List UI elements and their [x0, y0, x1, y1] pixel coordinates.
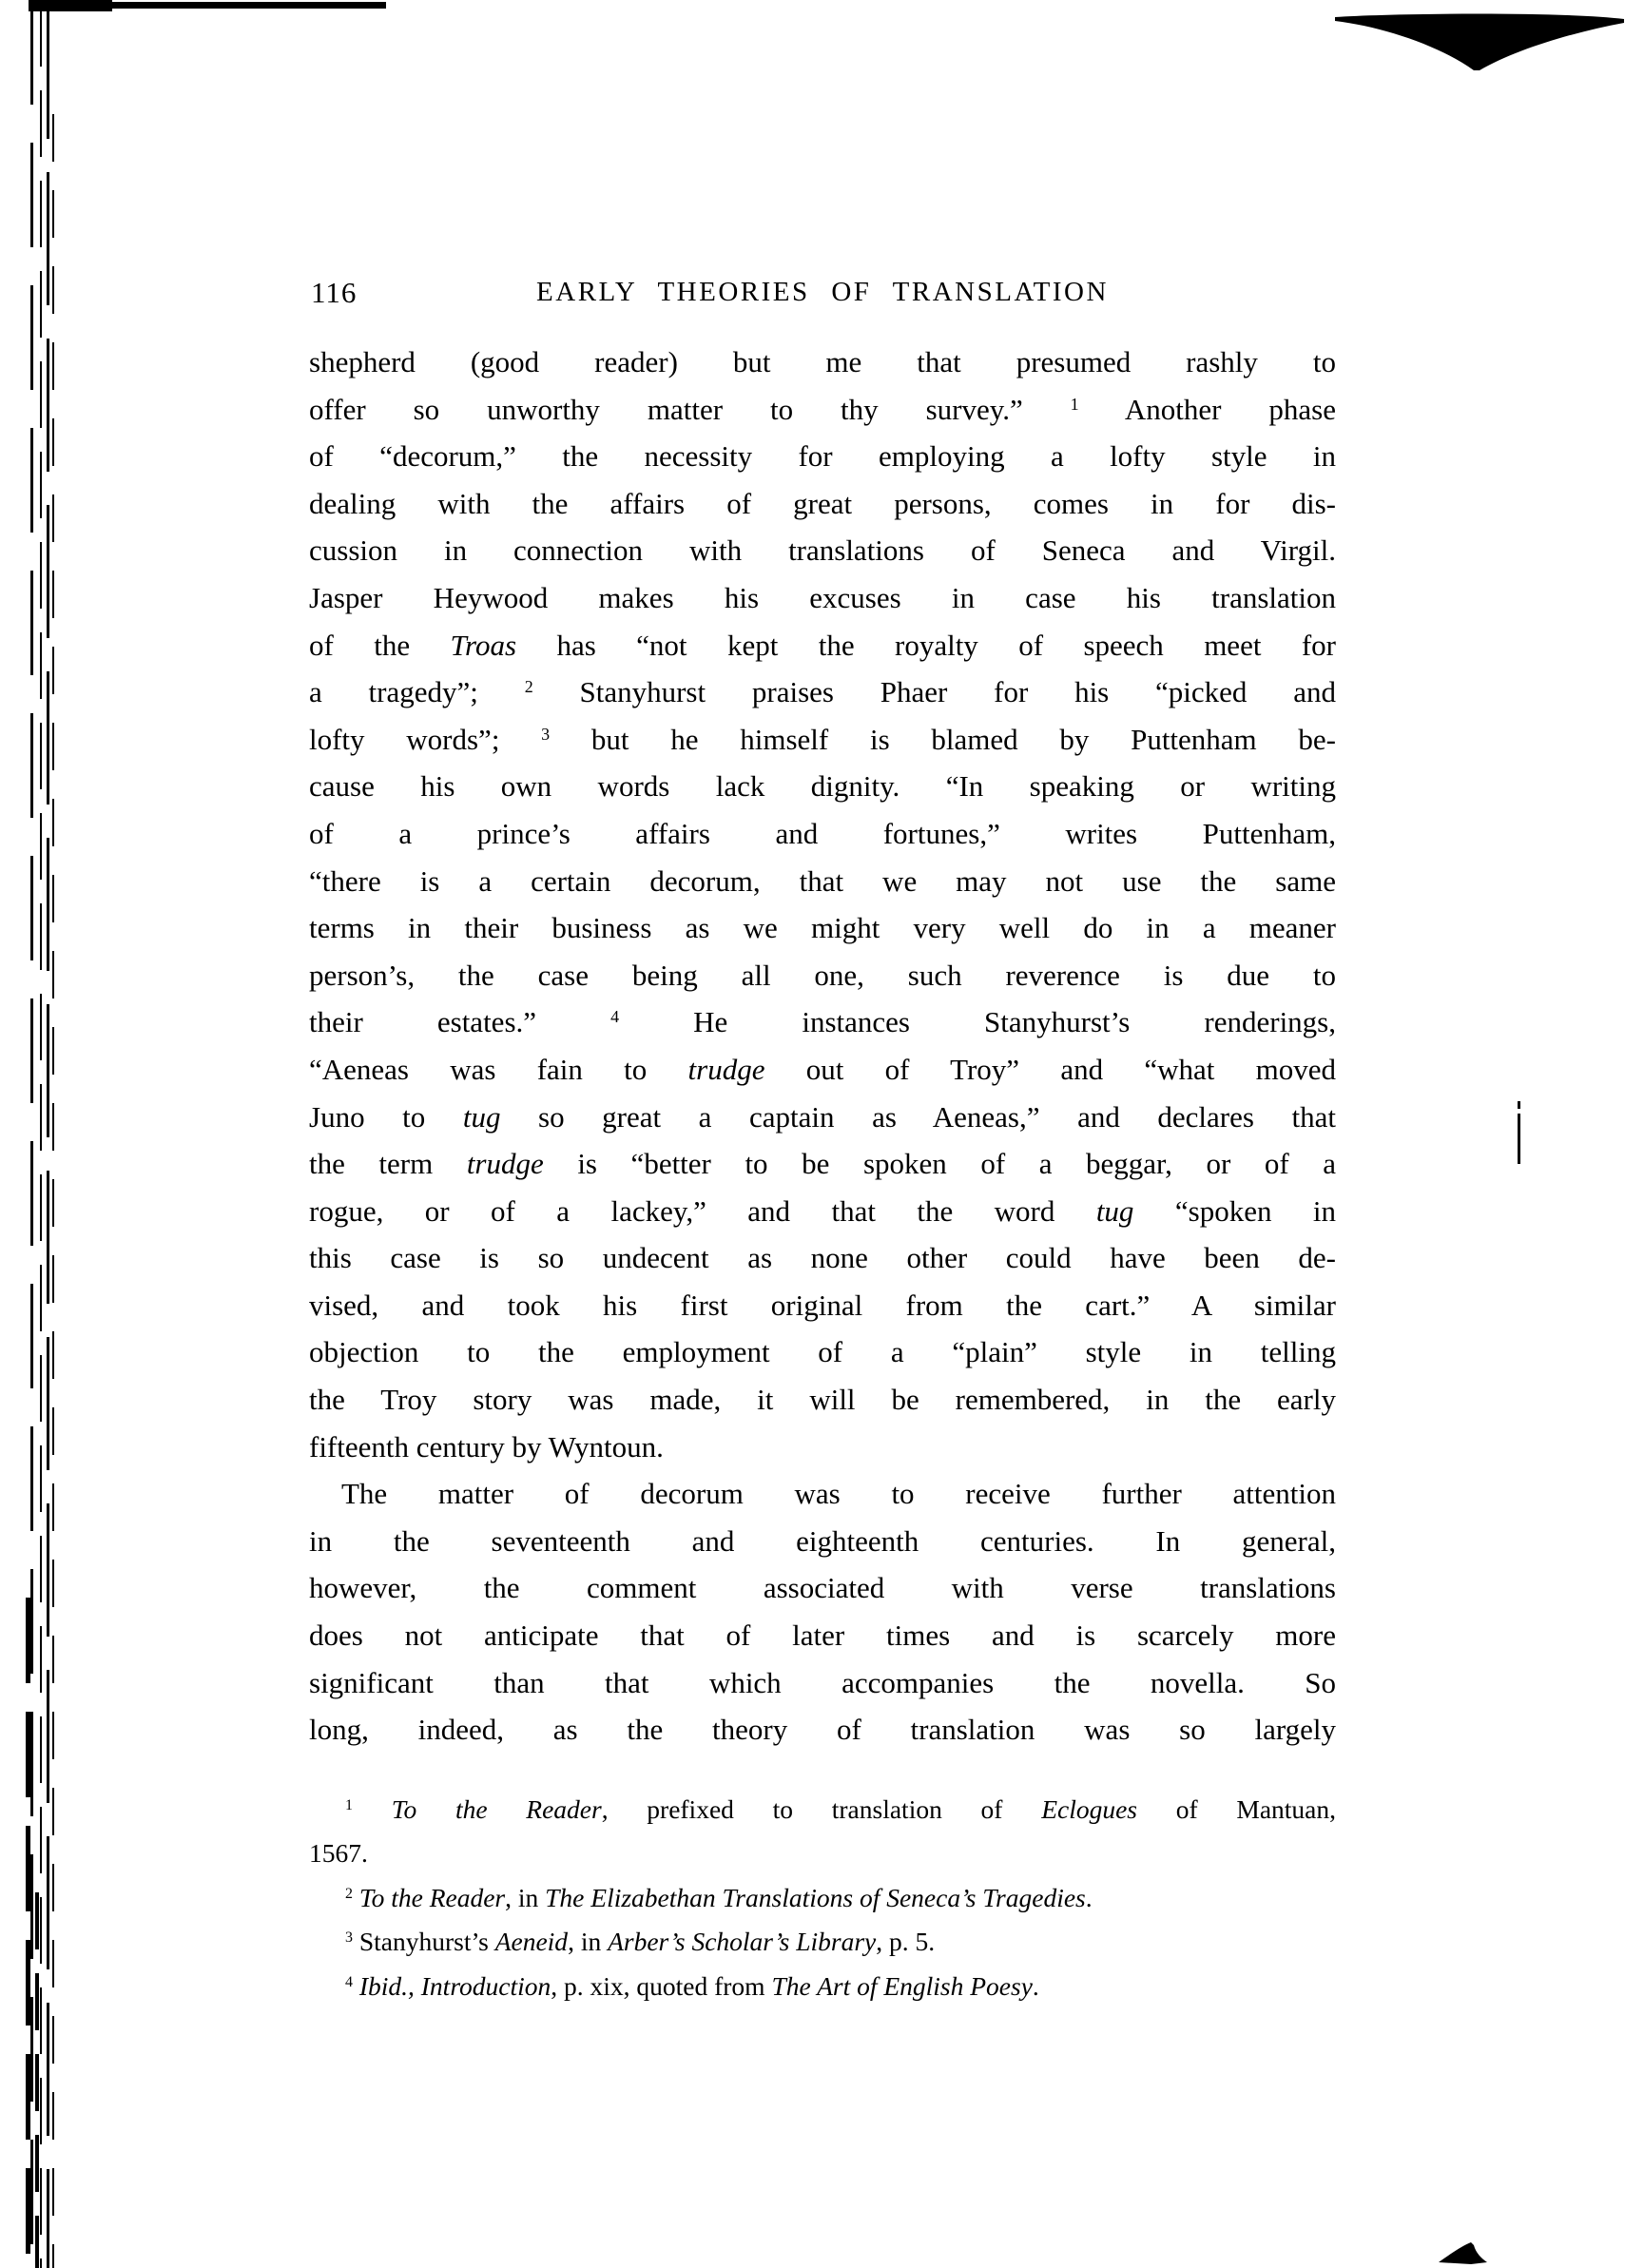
page-title: EARLY THEORIES OF TRANSLATION [309, 274, 1336, 308]
text-segment: of the [309, 629, 451, 662]
text-line: a tragedy”; 2 Stanyhurst praises Phaer f… [309, 669, 1336, 716]
text-segment: the Troy story was made, it will be reme… [309, 1383, 1336, 1416]
text-line: lofty words”; 3 but he himself is blamed… [309, 716, 1336, 764]
text-line: Juno to tug so great a captain as Aeneas… [309, 1094, 1336, 1141]
text-segment: 1567. [309, 1838, 368, 1868]
text-line: fifteenth century by Wyntoun. [309, 1424, 1336, 1471]
text-segment: tug [1096, 1194, 1134, 1228]
text-line: rogue, or of a lackey,” and that the wor… [309, 1188, 1336, 1235]
text-line: 4 Ibid., Introduction, p. xix, quoted fr… [309, 1965, 1336, 2009]
text-segment: vised, and took his first original from … [309, 1289, 1336, 1322]
text-segment: Stanyhurst praises Phaer for his “picked… [533, 675, 1336, 708]
text-line: this case is so undecent as none other c… [309, 1234, 1336, 1282]
text-line: significant than that which accompanies … [309, 1659, 1336, 1707]
running-header: 116 EARLY THEORIES OF TRANSLATION [309, 274, 1336, 316]
text-line: long, indeed, as the theory of translati… [309, 1706, 1336, 1754]
text-segment: The Art of English Poesy [771, 1971, 1032, 2001]
page-number: 116 [311, 276, 357, 310]
text-segment: cussion in connection with translations … [309, 533, 1336, 567]
text-segment: in the seventeenth and eighteenth centur… [309, 1524, 1336, 1558]
text-line: shepherd (good reader) but me that presu… [309, 339, 1336, 386]
text-line: Jasper Heywood makes his excuses in case… [309, 574, 1336, 622]
footnote-marker: 4 [345, 1974, 353, 1990]
text-segment: but he himself is blamed by Puttenham be… [550, 723, 1336, 756]
text-segment: so great a captain as Aeneas,” and decla… [500, 1100, 1336, 1134]
text-line: cussion in connection with translations … [309, 527, 1336, 574]
text-line: cause his own words lack dignity. “In sp… [309, 763, 1336, 810]
text-line: in the seventeenth and eighteenth centur… [309, 1518, 1336, 1565]
text-segment: “Aeneas was fain to [309, 1053, 688, 1086]
text-line: their estates.” 4 He instances Stanyhurs… [309, 998, 1336, 1046]
text-line: The matter of decorum was to receive fur… [309, 1470, 1336, 1518]
text-segment: , p. 5. [876, 1927, 935, 1956]
binding-line-artifact [47, 6, 49, 2268]
text-block: 116 EARLY THEORIES OF TRANSLATION shephe… [309, 274, 1336, 2008]
footnote-marker: 2 [525, 677, 533, 696]
text-segment: is “better to be spoken of a beggar, or … [544, 1147, 1336, 1180]
text-line: dealing with the affairs of great person… [309, 480, 1336, 528]
text-segment: He instances Stanyhurst’s renderings, [619, 1005, 1336, 1038]
footnote-marker: 3 [345, 1930, 353, 1947]
text-segment: , p. xix, quoted from [551, 1971, 771, 2001]
text-segment: , in [505, 1883, 545, 1912]
text-segment: the term [309, 1147, 467, 1180]
text-line: the term trudge is “better to be spoken … [309, 1140, 1336, 1188]
text-segment: does not anticipate that of later times … [309, 1619, 1336, 1652]
text-line: 2 To the Reader, in The Elizabethan Tran… [309, 1876, 1336, 1921]
text-segment: of “decorum,” the necessity for employin… [309, 439, 1336, 473]
text-segment: tug [463, 1100, 501, 1134]
margin-stray-mark [1518, 1101, 1520, 1164]
text-line: 3 Stanyhurst’s Aeneid, in Arber’s Schola… [309, 1920, 1336, 1965]
text-line: of a prince’s affairs and fortunes,” wri… [309, 810, 1336, 858]
text-line: person’s, the case being all one, such r… [309, 952, 1336, 999]
footnote-marker: 4 [610, 1007, 619, 1026]
text-segment: . [1033, 1971, 1039, 2001]
book-page-scan: 116 EARLY THEORIES OF TRANSLATION shephe… [0, 0, 1625, 2268]
text-line: does not anticipate that of later times … [309, 1612, 1336, 1659]
text-segment: dealing with the affairs of great person… [309, 487, 1336, 520]
text-segment: The matter of decorum was to receive fur… [341, 1477, 1336, 1510]
text-segment: “spoken in [1133, 1194, 1336, 1228]
text-segment: The Elizabethan Translations of Seneca’s… [545, 1883, 1086, 1912]
text-segment: out of Troy” and “what moved [764, 1053, 1336, 1086]
text-segment: of Mantuan, [1137, 1794, 1336, 1824]
text-segment: long, indeed, as the theory of translati… [309, 1713, 1336, 1746]
text-segment: Troas [451, 629, 517, 662]
footnotes: 1 To the Reader, prefixed to translation… [309, 1788, 1336, 2009]
text-segment: trudge [467, 1147, 544, 1180]
text-line: however, the comment associated with ver… [309, 1564, 1336, 1612]
text-segment: “there is a certain decorum, that we may… [309, 864, 1336, 898]
text-segment: Eclogues [1041, 1794, 1137, 1824]
binding-line-artifact [40, 0, 42, 2268]
footnote-marker: 1 [1071, 395, 1079, 414]
text-segment: . [1086, 1883, 1093, 1912]
text-segment: objection to the employment of a “plain”… [309, 1335, 1336, 1368]
text-line: vised, and took his first original from … [309, 1282, 1336, 1329]
text-line: terms in their business as we might very… [309, 904, 1336, 952]
text-line: of “decorum,” the necessity for employin… [309, 433, 1336, 480]
text-segment: shepherd (good reader) but me that presu… [309, 345, 1336, 378]
binding-line-artifact [26, 1598, 30, 2268]
text-segment [353, 1971, 359, 2001]
text-segment: Another phase [1079, 393, 1336, 426]
text-line: objection to the employment of a “plain”… [309, 1328, 1336, 1376]
text-line: “Aeneas was fain to trudge out of Troy” … [309, 1046, 1336, 1094]
text-line: “there is a certain decorum, that we may… [309, 858, 1336, 905]
text-segment: Ibid., Introduction [359, 1971, 551, 2001]
text-segment: To the Reader [359, 1883, 505, 1912]
text-line: of the Troas has “not kept the royalty o… [309, 622, 1336, 669]
text-segment: however, the comment associated with ver… [309, 1571, 1336, 1604]
text-segment: Jasper Heywood makes his excuses in case… [309, 581, 1336, 614]
text-segment: fifteenth century by Wyntoun. [309, 1430, 664, 1464]
text-segment: significant than that which accompanies … [309, 1666, 1336, 1699]
footnote-marker: 1 [345, 1797, 353, 1813]
footnote-marker: 3 [541, 725, 550, 744]
text-segment: , prefixed to translation of [602, 1794, 1042, 1824]
text-line: offer so unworthy matter to thy survey.”… [309, 386, 1336, 434]
text-segment: , in [568, 1927, 608, 1956]
body-text: shepherd (good reader) but me that presu… [309, 339, 1336, 1754]
binding-line-artifact [30, 0, 33, 2268]
text-segment: Stanyhurst’s [353, 1927, 495, 1956]
text-segment: offer so unworthy matter to thy survey.” [309, 393, 1071, 426]
text-segment: Juno to [309, 1100, 463, 1134]
text-line: 1 To the Reader, prefixed to translation… [309, 1788, 1336, 1832]
text-segment: a tragedy”; [309, 675, 525, 708]
text-line: 1567. [309, 1832, 1336, 1876]
text-segment: To the Reader [392, 1794, 602, 1824]
text-segment: terms in their business as we might very… [309, 911, 1336, 944]
text-line: the Troy story was made, it will be reme… [309, 1376, 1336, 1424]
text-segment: cause his own words lack dignity. “In sp… [309, 769, 1336, 803]
text-segment [353, 1794, 392, 1824]
text-segment: has “not kept the royalty of speech meet… [516, 629, 1336, 662]
text-segment: their estates.” [309, 1005, 610, 1038]
top-edge-line-artifact [29, 2, 386, 9]
text-segment: of a prince’s affairs and fortunes,” wri… [309, 817, 1336, 850]
text-segment: person’s, the case being all one, such r… [309, 959, 1336, 992]
text-segment: rogue, or of a lackey,” and that the wor… [309, 1194, 1096, 1228]
ink-blot-mark [1439, 2239, 1488, 2266]
binding-line-artifact [52, 114, 54, 2268]
text-segment: lofty words”; [309, 723, 541, 756]
footnote-marker: 2 [345, 1886, 353, 1902]
text-segment: trudge [688, 1053, 765, 1086]
text-segment: Aeneid [495, 1927, 568, 1956]
page-curl-mark [1335, 11, 1625, 76]
text-segment: this case is so undecent as none other c… [309, 1241, 1336, 1274]
binding-line-artifact [35, 1892, 39, 2268]
text-segment [353, 1883, 359, 1912]
text-segment: Arber’s Scholar’s Library [608, 1927, 876, 1956]
